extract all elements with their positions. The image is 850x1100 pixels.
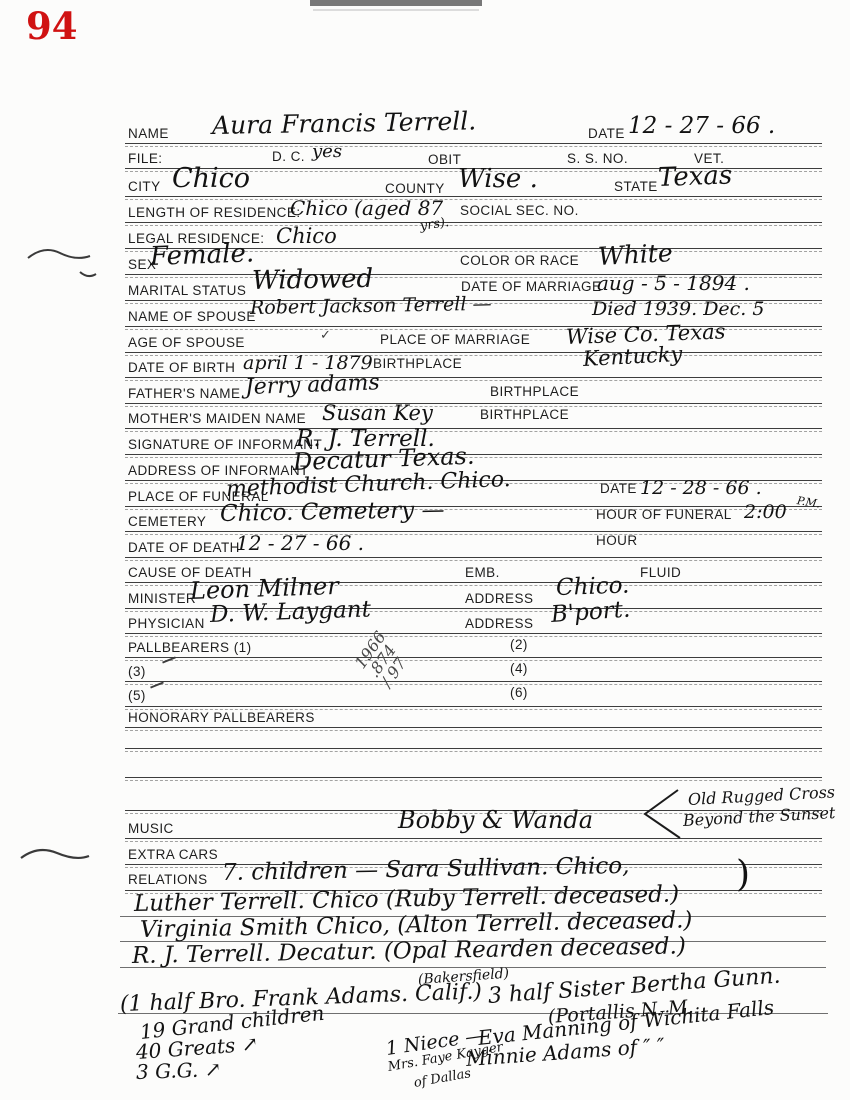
file-dc-label: D. C. (272, 149, 305, 164)
funeral-date-value: 12 - 28 - 66 . (640, 477, 762, 499)
pallbearers-label: PALLBEARERS (1) (128, 640, 252, 655)
physician-address-value: B'port. (550, 596, 631, 627)
city-label: CITY (128, 179, 161, 194)
ssno-label: S. S. NO. (567, 151, 628, 166)
form-line (125, 377, 822, 382)
city-value: Chico (172, 163, 250, 194)
physician-value: D. W. Laygant (210, 596, 372, 628)
form-line (125, 657, 822, 662)
physician-address-label: ADDRESS (465, 616, 533, 631)
form-line (125, 352, 822, 357)
father-name-label: FATHER'S NAME (128, 386, 240, 401)
date-label: DATE (588, 126, 625, 141)
funeral-date-label: DATE (600, 481, 637, 496)
page-number: 94 (26, 4, 78, 48)
residence-label: LENGTH OF RESIDENCE: (128, 205, 301, 220)
cemetery-label: CEMETERY (128, 514, 206, 529)
color-race-label: COLOR OR RACE (460, 253, 579, 268)
minister-address-label: ADDRESS (465, 591, 533, 606)
honorary-pallbearers-label: HONORARY PALLBEARERS (128, 710, 315, 725)
minister-label: MINISTER (128, 591, 196, 606)
hour-label: HOUR (596, 533, 638, 548)
form-line (125, 633, 822, 638)
relations-niece-location: of Dallas (413, 1066, 472, 1091)
form-line (125, 777, 822, 782)
mother-name-label: MOTHER'S MAIDEN NAME (128, 411, 306, 426)
file-value: yes (312, 141, 342, 162)
marital-status-value: Widowed (252, 264, 374, 296)
form-line (125, 838, 822, 843)
county-label: COUNTY (385, 181, 445, 196)
relations-line-1: 7. children — Sara Sullivan. Chico, (222, 853, 630, 886)
birthplace-label: BIRTHPLACE (373, 356, 462, 371)
physician-label: PHYSICIAN (128, 616, 205, 631)
scan-artifact-bar (310, 0, 482, 6)
fluid-label: FLUID (640, 565, 681, 580)
form-line (125, 222, 822, 227)
birthplace-value: Kentucky (582, 342, 683, 371)
sex-value: Female. (149, 238, 254, 272)
relations-flourish: ) (736, 854, 750, 895)
spouse-age-label: AGE OF SPOUSE (128, 335, 245, 350)
check-mark: ✓ (320, 328, 331, 343)
state-label: STATE (614, 179, 658, 194)
extra-cars-label: EXTRA CARS (128, 847, 218, 862)
form-line (125, 557, 822, 562)
funeral-hour-label: HOUR OF FUNERAL (596, 507, 732, 522)
mother-birthplace-label: BIRTHPLACE (480, 407, 569, 422)
father-name-value: Jerry adams (245, 370, 381, 400)
music-value: Bobby & Wanda (398, 806, 593, 834)
mother-name-value: Susan Key (322, 401, 433, 425)
relations-great-greats: 3 G.G. ↗ (136, 1057, 222, 1084)
marriage-date-label: DATE OF MARRIAGE (461, 279, 601, 294)
death-date-label: DATE OF DEATH (128, 540, 240, 555)
pallbearer-2-label: (2) (510, 637, 528, 652)
pallbearer-3-label: (3) (128, 664, 146, 679)
obit-label: OBIT (428, 152, 461, 167)
spouse-name-value: Robert Jackson Terrell — (250, 293, 492, 319)
form-line (125, 143, 822, 148)
spouse-died-value: Died 1939. Dec. 5 (592, 298, 764, 320)
name-label: NAME (128, 126, 169, 141)
form-line (125, 428, 822, 433)
spouse-name-label: NAME OF SPOUSE (128, 309, 256, 324)
name-value: Aura Francis Terrell. (212, 106, 477, 140)
color-race-value: White (597, 238, 673, 271)
marital-status-label: MARITAL STATUS (128, 283, 246, 298)
form-line (125, 681, 822, 686)
birth-date-label: DATE OF BIRTH (128, 360, 235, 375)
music-brace (640, 787, 682, 841)
file-label: FILE: (128, 151, 163, 166)
scan-artifact-line (313, 9, 479, 11)
state-value: Texas (657, 160, 732, 193)
emb-label: EMB. (465, 565, 500, 580)
margin-mark (16, 840, 100, 868)
residence-value: Chico (aged 87 (290, 196, 443, 220)
county-value: Wise . (458, 164, 538, 194)
form-line (125, 748, 822, 753)
form-line (125, 403, 822, 408)
marriage-date-value: aug - 5 - 1894 . (597, 271, 750, 295)
pallbearer-4-label: (4) (510, 661, 528, 676)
scanned-form-page: 94 NAME Aura Francis Terrell. DATE 12 - … (0, 0, 850, 1100)
pallbearer-6-label: (6) (510, 685, 528, 700)
margin-mark (22, 236, 106, 282)
legal-residence-value: Chico (276, 224, 337, 248)
marriage-place-label: PLACE OF MARRIAGE (380, 332, 530, 347)
form-line (125, 531, 822, 536)
music-label: MUSIC (128, 821, 174, 836)
residence-value-2: yrs). (419, 215, 450, 234)
social-sec-label: SOCIAL SEC. NO. (460, 203, 579, 218)
pallbearer-5-label: (5) (128, 688, 146, 703)
death-date-value: 12 - 27 - 66 . (236, 531, 364, 555)
cemetery-value: Chico. Cemetery — (220, 497, 445, 527)
form-line (125, 196, 822, 201)
date-value: 12 - 27 - 66 . (628, 113, 775, 139)
father-birthplace-label: BIRTHPLACE (490, 384, 579, 399)
funeral-hour-value: 2:00 (744, 501, 787, 523)
relations-label: RELATIONS (128, 872, 208, 887)
form-line (125, 727, 822, 732)
